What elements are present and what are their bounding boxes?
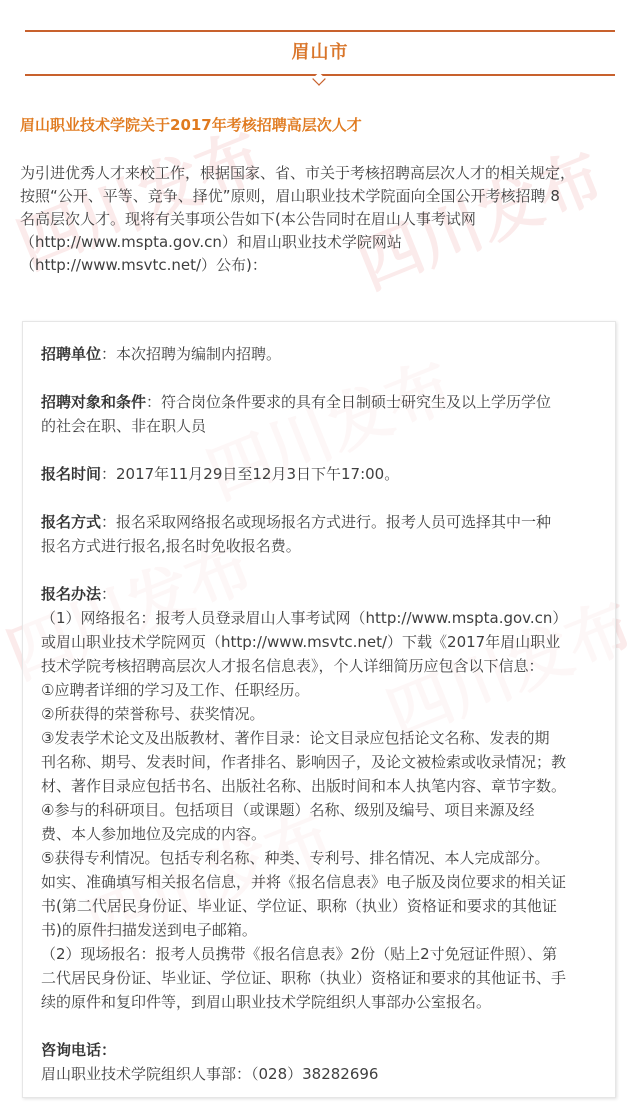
- recruit-unit: 招聘单位：本次招聘为编制内招聘。: [41, 342, 601, 366]
- contact-phone: 眉山职业技术学院组织人事部：（028）38282696: [41, 1062, 601, 1086]
- section-header: 眉山市: [25, 30, 615, 80]
- intro-line: 为引进优秀人才来校工作，根据国家、省、市关于考核招聘高层次人才的相关规定，: [20, 162, 620, 185]
- procedure-line: ④参与的科研项目。包括项目（或课题）名称、级别及编号、项目来源及经: [41, 798, 601, 822]
- register-time: 报名时间：2017年11月29日至12月3日下午17:00。: [41, 462, 601, 486]
- intro-line-link[interactable]: （http://www.msvtc.net/）公布)：: [20, 254, 620, 277]
- field-label: 报名办法: [41, 585, 101, 603]
- procedure-line: 技术学院考核招聘高层次人才报名信息表》，个人详细简历应包含以下信息：: [41, 654, 601, 678]
- field-value: ：报名采取网络报名或现场报名方式进行。报考人员可选择其中一种: [101, 513, 551, 531]
- procedure-line: 或眉山职业技术学院网页（http://www.msvtc.net/）下载《201…: [41, 630, 601, 654]
- register-method: 报名方式：报名采取网络报名或现场报名方式进行。报考人员可选择其中一种 报名方式进…: [41, 510, 601, 558]
- intro-line-link[interactable]: （http://www.mspta.gov.cn）和眉山职业技术学院网站: [20, 231, 620, 254]
- register-procedure: 报名办法： （1）网络报名：报考人员登录眉山人事考试网（http://www.m…: [41, 582, 601, 1014]
- article-title: 眉山职业技术学院关于2017年考核招聘高层次人才: [20, 114, 362, 135]
- procedure-line: 费、本人参加地位及完成的内容。: [41, 822, 601, 846]
- contact-info: 咨询电话： 眉山职业技术学院组织人事部：（028）38282696: [41, 1038, 601, 1086]
- intro-line: 名高层次人才。现将有关事项公告如下(本公告同时在眉山人事考试网: [20, 208, 620, 231]
- field-label: 招聘单位: [41, 345, 101, 363]
- procedure-line: 刊名称、期号、发表时间，作者排名、影响因子，及论文被检索或收录情况；教: [41, 750, 601, 774]
- procedure-line: 二代居民身份证、毕业证、学位证、职称（执业）资格证和要求的其他证书、手: [41, 966, 601, 990]
- field-value: ：本次招聘为编制内招聘。: [101, 345, 281, 363]
- procedure-line: 如实、准确填写相关报名信息，并将《报名信息表》电子版及岗位要求的相关证: [41, 870, 601, 894]
- procedure-line: 续的原件和复印件等，到眉山职业技术学院组织人事部办公室报名。: [41, 990, 601, 1014]
- procedure-line: 书)的原件扫描发送到电子邮箱。: [41, 918, 601, 942]
- intro-paragraph: 为引进优秀人才来校工作，根据国家、省、市关于考核招聘高层次人才的相关规定， 按照…: [20, 162, 620, 277]
- procedure-line: 书(第二代居民身份证、毕业证、学位证、职称（执业）资格证和要求的其他证: [41, 894, 601, 918]
- field-label: 招聘对象和条件: [41, 393, 146, 411]
- procedure-line: ⑤获得专利情况。包括专利名称、种类、专利号、排名情况、本人完成部分。: [41, 846, 601, 870]
- field-value: 报名方式进行报名,报名时免收报名费。: [41, 534, 601, 558]
- divider: [25, 30, 615, 32]
- intro-line: 按照“公开、平等、竞争、择优”原则，眉山职业技术学院面向全国公开考核招聘 8: [20, 185, 620, 208]
- procedure-line: （1）网络报名：报考人员登录眉山人事考试网（http://www.mspta.g…: [41, 606, 601, 630]
- field-suffix: ：: [101, 585, 116, 603]
- field-value: ：符合岗位条件要求的具有全日制硕士研究生及以上学历学位: [146, 393, 551, 411]
- field-label: 报名时间: [41, 465, 101, 483]
- details-box: 招聘单位：本次招聘为编制内招聘。 招聘对象和条件：符合岗位条件要求的具有全日制硕…: [22, 321, 616, 1098]
- procedure-line: ①应聘者详细的学习及工作、任职经历。: [41, 678, 601, 702]
- field-label: 报名方式: [41, 513, 101, 531]
- recruit-target: 招聘对象和条件：符合岗位条件要求的具有全日制硕士研究生及以上学历学位 的社会在职…: [41, 390, 601, 438]
- field-value: 的社会在职、非在职人员: [41, 414, 601, 438]
- procedure-line: ②所获得的荣誉称号、获奖情况。: [41, 702, 601, 726]
- field-value: ：2017年11月29日至12月3日下午17:00。: [101, 465, 399, 483]
- procedure-line: 材、著作目录应包括书名、出版社名称、出版时间和本人执笔内容、章节字数。: [41, 774, 601, 798]
- field-label: 咨询电话：: [41, 1038, 601, 1062]
- procedure-line: ③发表学术论文及出版教材、著作目录：论文目录应包括论文名称、发表的期: [41, 726, 601, 750]
- procedure-line: （2）现场报名：报考人员携带《报名信息表》2份（贴上2寸免冠证件照）、第: [41, 942, 601, 966]
- city-title: 眉山市: [25, 38, 615, 64]
